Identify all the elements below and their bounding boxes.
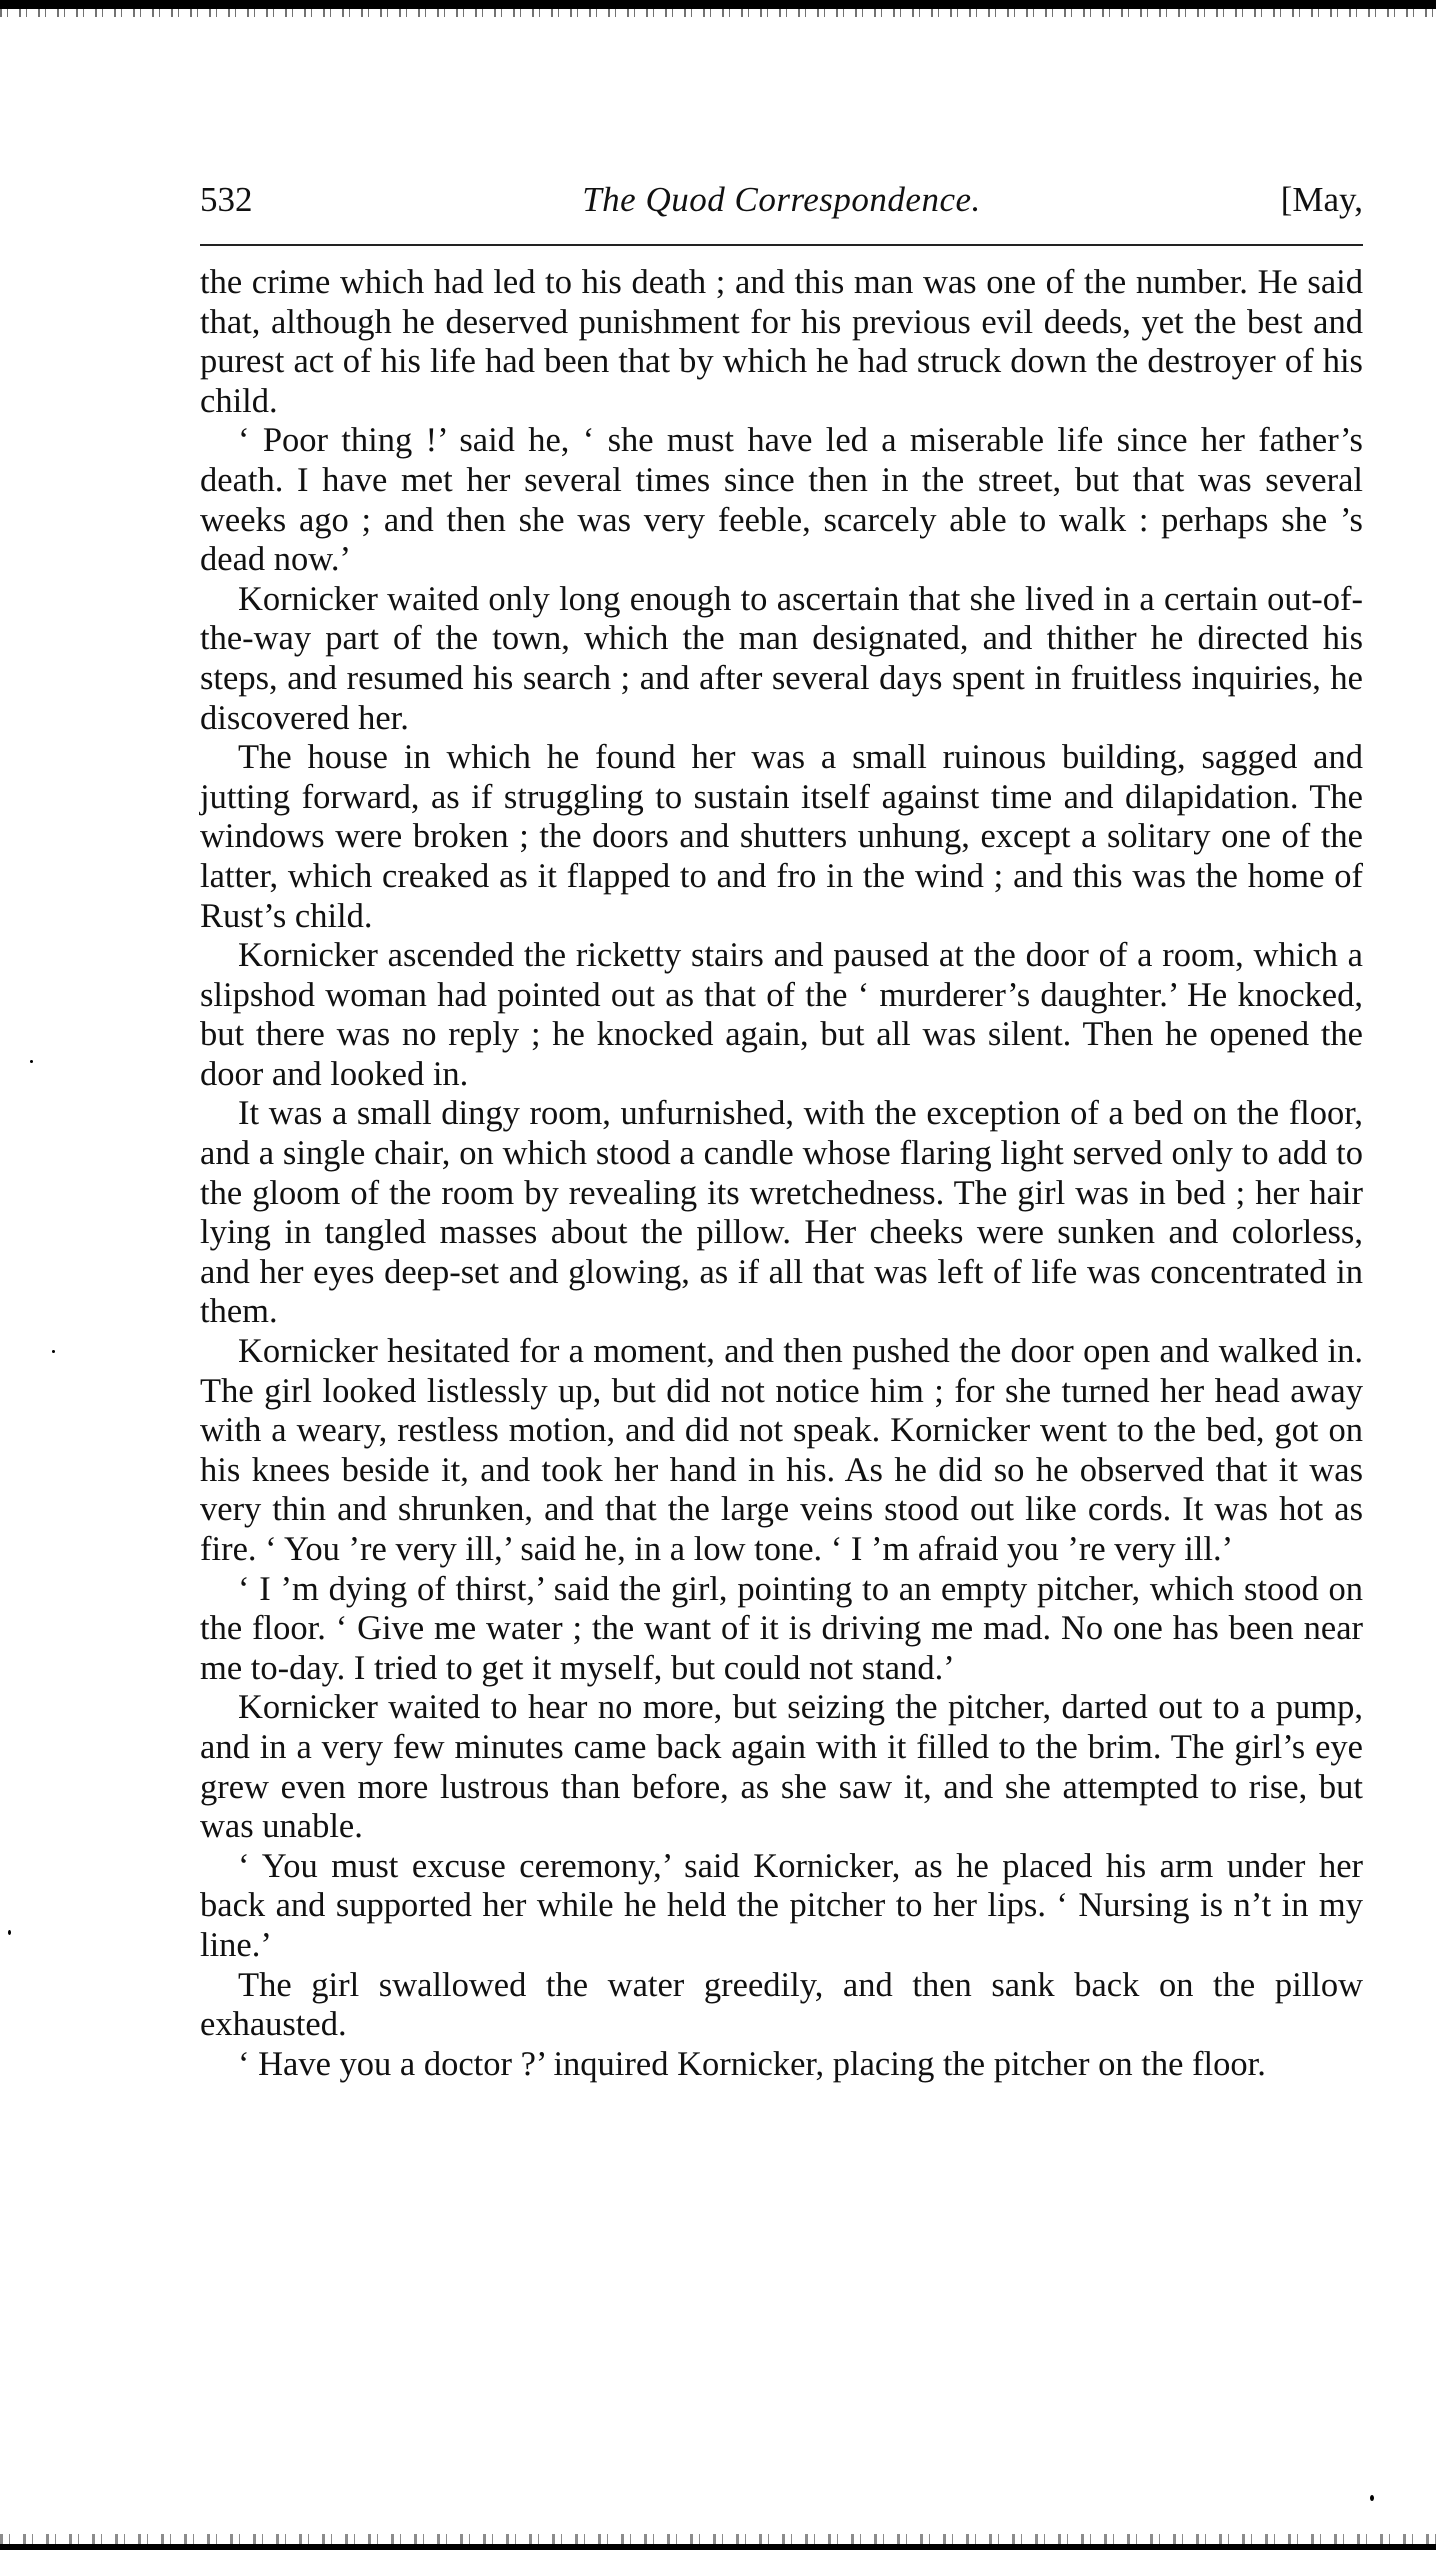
- scan-speck: [30, 1060, 33, 1063]
- scan-speck: [52, 1350, 55, 1353]
- paragraph: The house in which he found her was a sm…: [200, 738, 1363, 936]
- paragraph: It was a small dingy room, unfurnished, …: [200, 1094, 1363, 1332]
- scan-edge-top: [0, 0, 1436, 9]
- body-text: the crime which had led to his death ; a…: [200, 263, 1363, 2084]
- paragraph: ‘ Have you a doctor ?’ inquired Kornicke…: [200, 2045, 1363, 2085]
- header-rule: [200, 244, 1363, 246]
- scan-edge-bottom: [0, 2544, 1436, 2550]
- scan-speck: [8, 1930, 11, 1935]
- paragraph: ‘ You must excuse ceremony,’ said Kornic…: [200, 1847, 1363, 1966]
- scan-noise-bottom: [0, 2534, 1436, 2544]
- paragraph: Kornicker waited only long enough to asc…: [200, 580, 1363, 738]
- scan-noise-top: [0, 9, 1436, 17]
- scan-speck: [1370, 2495, 1374, 2501]
- running-title: The Quod Correspondence.: [200, 178, 1363, 222]
- paragraph: Kornicker ascended the ricketty stairs a…: [200, 936, 1363, 1094]
- paragraph: Kornicker hesitated for a moment, and th…: [200, 1332, 1363, 1570]
- paragraph: The girl swallowed the water greedily, a…: [200, 1966, 1363, 2045]
- paragraph: ‘ Poor thing !’ said he, ‘ she must have…: [200, 421, 1363, 579]
- running-month: [May,: [1281, 178, 1363, 222]
- paragraph: the crime which had led to his death ; a…: [200, 263, 1363, 421]
- running-head: 532 The Quod Correspondence. [May,: [200, 178, 1363, 222]
- paragraph: ‘ I ’m dying of thirst,’ said the girl, …: [200, 1570, 1363, 1689]
- paragraph: Kornicker waited to hear no more, but se…: [200, 1688, 1363, 1846]
